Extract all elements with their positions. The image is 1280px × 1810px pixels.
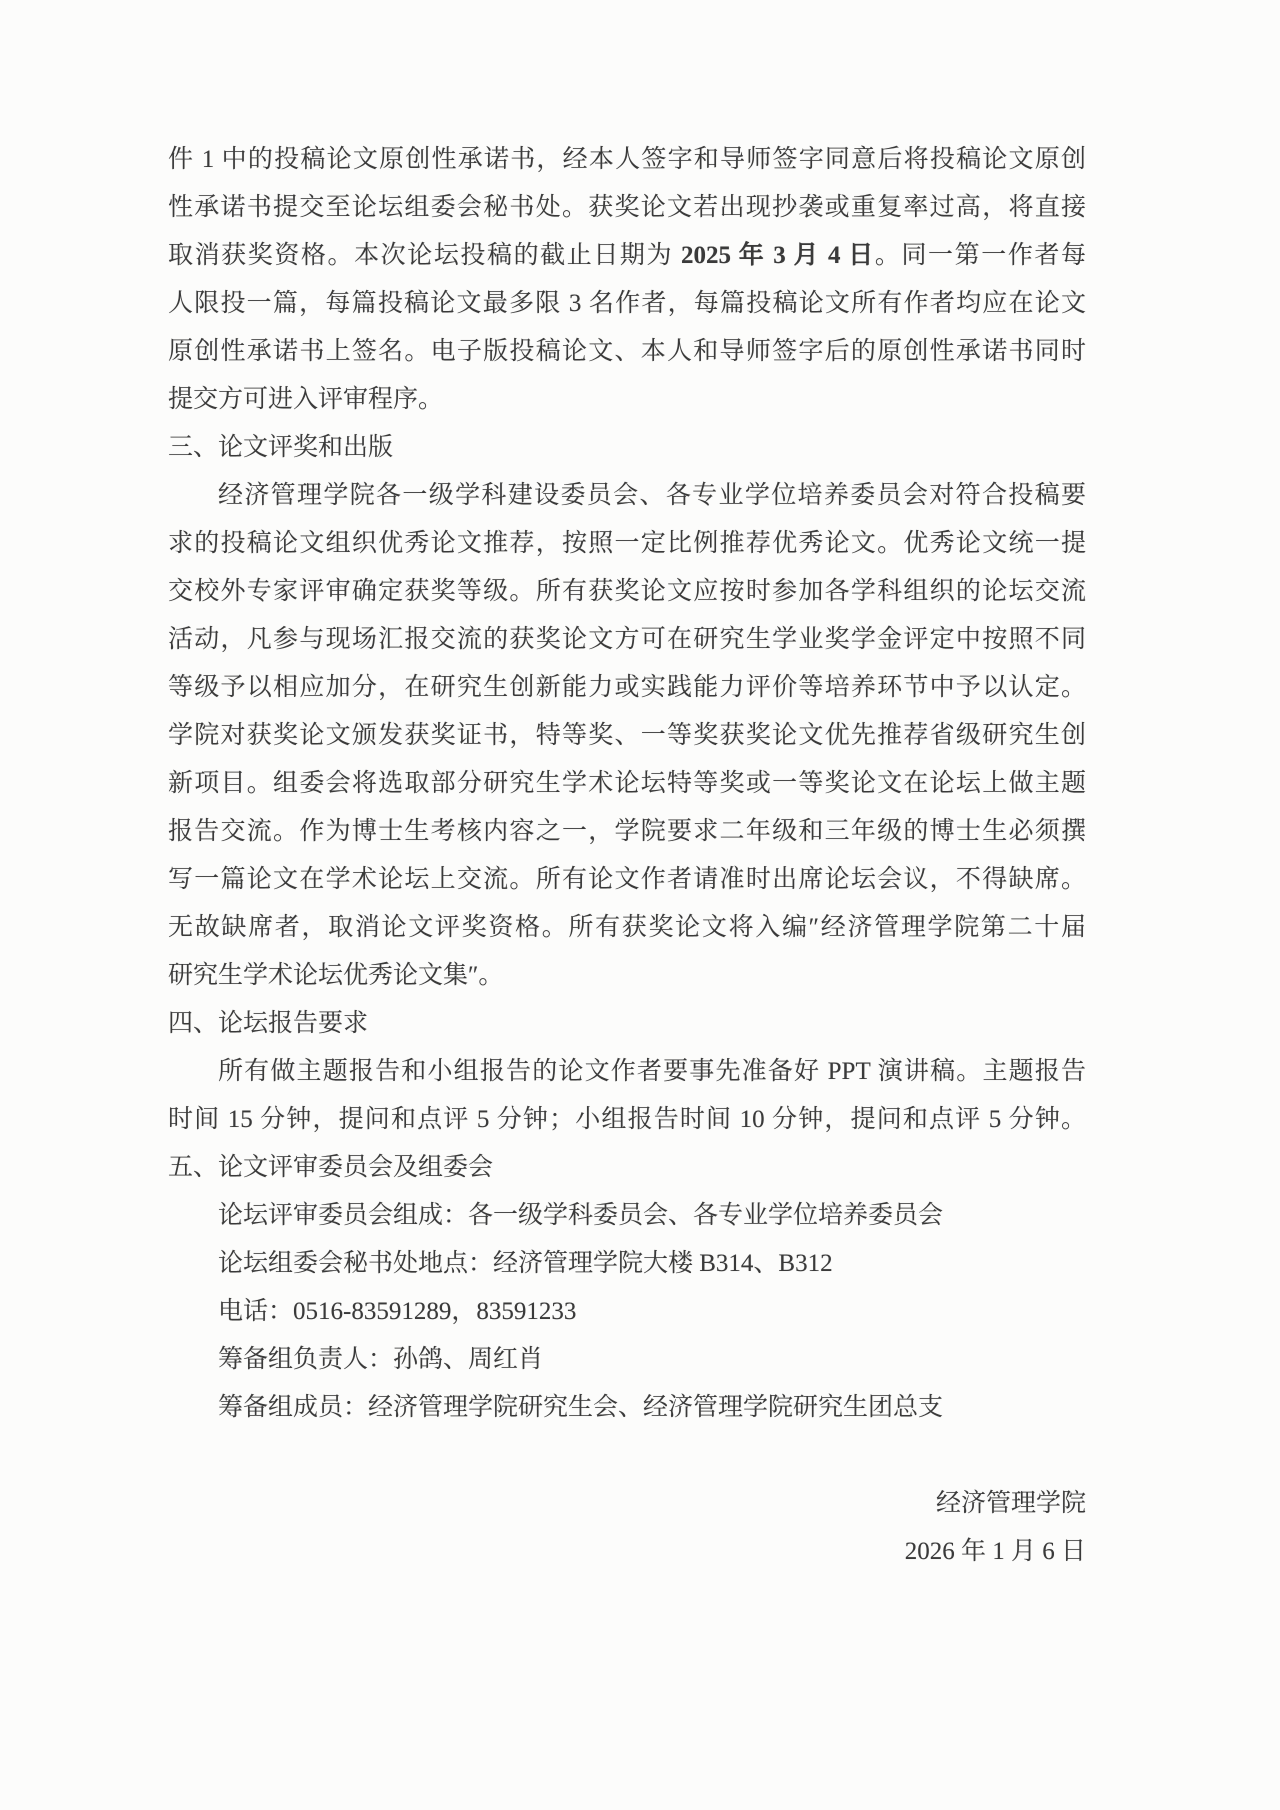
text-segment: 等级予以相应加分，在研究生创新能力或实践能力评价等培养环节中予以认定。 bbox=[168, 674, 1086, 701]
text-line: 论坛组委会秘书处地点：经济管理学院大楼 B314、B312 bbox=[168, 1240, 1086, 1288]
section-heading: 五、论文评审委员会及组委会 bbox=[168, 1144, 1086, 1192]
text-line: 无故缺席者，取消论文评奖资格。所有获奖论文将入编″经济管理学院第二十届 bbox=[168, 904, 1086, 952]
text-segment: 求的投稿论文组织优秀论文推荐，按照一定比例推荐优秀论文。优秀论文统一提 bbox=[168, 530, 1086, 557]
text-segment: 提交方可进入评审程序。 bbox=[168, 386, 443, 413]
text-segment: 三、论文评奖和出版 bbox=[168, 434, 393, 461]
text-segment: 研究生学术论坛优秀论文集″。 bbox=[168, 962, 503, 989]
text-line: 报告交流。作为博士生考核内容之一，学院要求二年级和三年级的博士生必须撰 bbox=[168, 808, 1086, 856]
text-line: 所有做主题报告和小组报告的论文作者要事先准备好 PPT 演讲稿。主题报告 bbox=[168, 1048, 1086, 1096]
document-page: 件 1 中的投稿论文原创性承诺书，经本人签字和导师签字同意后将投稿论文原创性承诺… bbox=[0, 0, 1280, 1810]
text-segment: 原创性承诺书上签名。电子版投稿论文、本人和导师签字后的原创性承诺书同时 bbox=[168, 338, 1086, 365]
bold-text-segment: 2025 年 3 月 4 日 bbox=[681, 242, 875, 269]
text-line: 时间 15 分钟，提问和点评 5 分钟；小组报告时间 10 分钟，提问和点评 5… bbox=[168, 1096, 1086, 1144]
text-segment: 论坛评审委员会组成：各一级学科委员会、各专业学位培养委员会 bbox=[218, 1202, 943, 1229]
text-segment: 交校外专家评审确定获奖等级。所有获奖论文应按时参加各学科组织的论坛交流 bbox=[168, 578, 1086, 605]
text-segment: 筹备组负责人：孙鸽、周红肖 bbox=[218, 1346, 543, 1373]
section-heading: 三、论文评奖和出版 bbox=[168, 424, 1086, 472]
text-line: 写一篇论文在学术论坛上交流。所有论文作者请准时出席论坛会议，不得缺席。 bbox=[168, 856, 1086, 904]
text-line: 原创性承诺书上签名。电子版投稿论文、本人和导师签字后的原创性承诺书同时 bbox=[168, 328, 1086, 376]
text-line: 人限投一篇，每篇投稿论文最多限 3 名作者，每篇投稿论文所有作者均应在论文 bbox=[168, 280, 1086, 328]
text-line: 筹备组负责人：孙鸽、周红肖 bbox=[168, 1336, 1086, 1384]
text-segment: 人限投一篇，每篇投稿论文最多限 3 名作者，每篇投稿论文所有作者均应在论文 bbox=[168, 290, 1086, 317]
text-line: 新项目。组委会将选取部分研究生学术论坛特等奖或一等奖论文在论坛上做主题 bbox=[168, 760, 1086, 808]
text-segment: 四、论坛报告要求 bbox=[168, 1010, 368, 1037]
text-segment: 所有做主题报告和小组报告的论文作者要事先准备好 PPT 演讲稿。主题报告 bbox=[218, 1058, 1086, 1085]
text-line: 提交方可进入评审程序。 bbox=[168, 376, 1086, 424]
text-line: 论坛评审委员会组成：各一级学科委员会、各专业学位培养委员会 bbox=[168, 1192, 1086, 1240]
text-line: 研究生学术论坛优秀论文集″。 bbox=[168, 952, 1086, 1000]
footer-date: 2026 年 1 月 6 日 bbox=[168, 1528, 1086, 1576]
text-segment: 写一篇论文在学术论坛上交流。所有论文作者请准时出席论坛会议，不得缺席。 bbox=[168, 866, 1086, 893]
text-segment: 五、论文评审委员会及组委会 bbox=[168, 1154, 493, 1181]
text-line: 等级予以相应加分，在研究生创新能力或实践能力评价等培养环节中予以认定。 bbox=[168, 664, 1086, 712]
footer-signature: 经济管理学院 bbox=[168, 1480, 1086, 1528]
text-segment: 新项目。组委会将选取部分研究生学术论坛特等奖或一等奖论文在论坛上做主题 bbox=[168, 770, 1086, 797]
text-segment: 学院对获奖论文颁发获奖证书，特等奖、一等奖获奖论文优先推荐省级研究生创 bbox=[168, 722, 1086, 749]
text-line: 件 1 中的投稿论文原创性承诺书，经本人签字和导师签字同意后将投稿论文原创 bbox=[168, 136, 1086, 184]
text-segment: 无故缺席者，取消论文评奖资格。所有获奖论文将入编″经济管理学院第二十届 bbox=[168, 914, 1086, 941]
text-segment: 论坛组委会秘书处地点：经济管理学院大楼 B314、B312 bbox=[218, 1250, 833, 1277]
text-segment: 筹备组成员：经济管理学院研究生会、经济管理学院研究生团总支 bbox=[218, 1394, 943, 1421]
text-segment: 取消获奖资格。本次论坛投稿的截止日期为 bbox=[168, 242, 681, 269]
text-segment: 时间 15 分钟，提问和点评 5 分钟；小组报告时间 10 分钟，提问和点评 5… bbox=[168, 1106, 1086, 1133]
text-line: 性承诺书提交至论坛组委会秘书处。获奖论文若出现抄袭或重复率过高，将直接 bbox=[168, 184, 1086, 232]
document-body: 件 1 中的投稿论文原创性承诺书，经本人签字和导师签字同意后将投稿论文原创性承诺… bbox=[168, 136, 1086, 1576]
text-line: 筹备组成员：经济管理学院研究生会、经济管理学院研究生团总支 bbox=[168, 1384, 1086, 1432]
text-segment: 。同一第一作者每 bbox=[875, 242, 1086, 269]
text-line: 取消获奖资格。本次论坛投稿的截止日期为 2025 年 3 月 4 日。同一第一作… bbox=[168, 232, 1086, 280]
text-segment: 经济管理学院各一级学科建设委员会、各专业学位培养委员会对符合投稿要 bbox=[218, 482, 1086, 509]
text-line: 活动，凡参与现场汇报交流的获奖论文方可在研究生学业奖学金评定中按照不同 bbox=[168, 616, 1086, 664]
text-line: 电话：0516-83591289，83591233 bbox=[168, 1288, 1086, 1336]
text-segment: 电话：0516-83591289，83591233 bbox=[218, 1298, 576, 1325]
text-segment: 性承诺书提交至论坛组委会秘书处。获奖论文若出现抄袭或重复率过高，将直接 bbox=[168, 194, 1086, 221]
text-line: 交校外专家评审确定获奖等级。所有获奖论文应按时参加各学科组织的论坛交流 bbox=[168, 568, 1086, 616]
text-line: 学院对获奖论文颁发获奖证书，特等奖、一等奖获奖论文优先推荐省级研究生创 bbox=[168, 712, 1086, 760]
document-lines: 件 1 中的投稿论文原创性承诺书，经本人签字和导师签字同意后将投稿论文原创性承诺… bbox=[168, 136, 1086, 1432]
text-segment: 件 1 中的投稿论文原创性承诺书，经本人签字和导师签字同意后将投稿论文原创 bbox=[168, 146, 1086, 173]
text-line: 求的投稿论文组织优秀论文推荐，按照一定比例推荐优秀论文。优秀论文统一提 bbox=[168, 520, 1086, 568]
document-footer: 经济管理学院 2026 年 1 月 6 日 bbox=[168, 1480, 1086, 1576]
section-heading: 四、论坛报告要求 bbox=[168, 1000, 1086, 1048]
text-segment: 活动，凡参与现场汇报交流的获奖论文方可在研究生学业奖学金评定中按照不同 bbox=[168, 626, 1086, 653]
text-line: 经济管理学院各一级学科建设委员会、各专业学位培养委员会对符合投稿要 bbox=[168, 472, 1086, 520]
text-segment: 报告交流。作为博士生考核内容之一，学院要求二年级和三年级的博士生必须撰 bbox=[168, 818, 1086, 845]
